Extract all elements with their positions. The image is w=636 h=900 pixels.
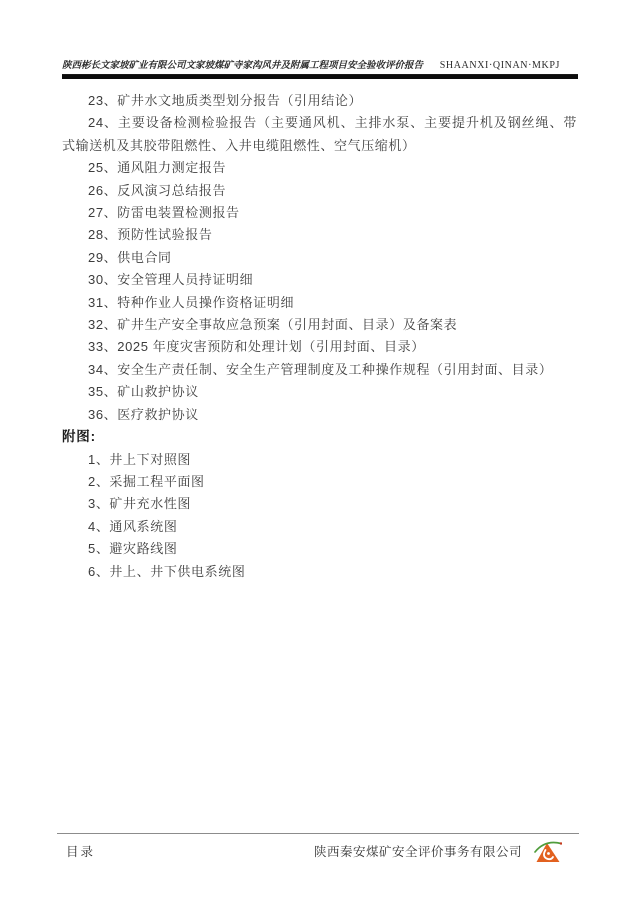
company-logo-icon — [534, 838, 562, 864]
page-footer: 目录 陕西秦安煤矿安全评价事务有限公司 — [57, 833, 579, 864]
appendix-item-4: 4、通风系统图 — [62, 516, 577, 538]
toc-item-23: 23、矿井水文地质类型划分报告（引用结论） — [62, 90, 577, 112]
toc-item-35: 35、矿山救护协议 — [62, 381, 577, 403]
footer-company-name: 陕西秦安煤矿安全评价事务有限公司 — [314, 842, 522, 860]
toc-item-29: 29、供电合同 — [62, 247, 577, 269]
header-report-title: 陕西彬长文家坡矿业有限公司文家坡煤矿寺家沟风井及附属工程项目安全验收评价报告 — [62, 57, 423, 71]
toc-content: 23、矿井水文地质类型划分报告（引用结论） 24、主要设备检测检验报告（主要通风… — [62, 90, 577, 583]
appendix-item-3: 3、矿井充水性图 — [62, 493, 577, 515]
toc-item-31: 31、特种作业人员操作资格证明细 — [62, 292, 577, 314]
document-page: 陕西彬长文家坡矿业有限公司文家坡煤矿寺家沟风井及附属工程项目安全验收评价报告 S… — [0, 0, 636, 900]
toc-item-26: 26、反风演习总结报告 — [62, 180, 577, 202]
footer-row: 目录 陕西秦安煤矿安全评价事务有限公司 — [57, 834, 579, 864]
header-row: 陕西彬长文家坡矿业有限公司文家坡煤矿寺家沟风井及附属工程项目安全验收评价报告 S… — [62, 57, 578, 71]
header-brand-text: SHAANXI·QINAN·MKPJ — [440, 60, 560, 71]
toc-item-28: 28、预防性试验报告 — [62, 224, 577, 246]
toc-item-24: 24、主要设备检测检验报告（主要通风机、主排水泵、主要提升机及钢丝绳、带式输送机… — [62, 112, 577, 157]
appendix-item-1: 1、井上下对照图 — [62, 449, 577, 471]
footer-section-label: 目录 — [66, 842, 95, 860]
toc-item-32: 32、矿井生产安全事故应急预案（引用封面、目录）及备案表 — [62, 314, 577, 336]
page-header: 陕西彬长文家坡矿业有限公司文家坡煤矿寺家沟风井及附属工程项目安全验收评价报告 S… — [62, 57, 578, 79]
toc-item-30: 30、安全管理人员持证明细 — [62, 269, 577, 291]
appendix-item-2: 2、采掘工程平面图 — [62, 471, 577, 493]
footer-company-block: 陕西秦安煤矿安全评价事务有限公司 — [314, 838, 579, 864]
header-rule — [62, 74, 578, 79]
toc-item-25: 25、通风阻力测定报告 — [62, 157, 577, 179]
toc-item-33: 33、2025 年度灾害预防和处理计划（引用封面、目录） — [62, 336, 577, 358]
toc-item-36: 36、医疗救护协议 — [62, 404, 577, 426]
appendix-item-5: 5、避灾路线图 — [62, 538, 577, 560]
appendix-heading: 附图: — [62, 426, 577, 448]
toc-item-27: 27、防雷电装置检测报告 — [62, 202, 577, 224]
appendix-item-6: 6、井上、井下供电系统图 — [62, 561, 577, 583]
toc-item-34: 34、安全生产责任制、安全生产管理制度及工种操作规程（引用封面、目录） — [62, 359, 577, 381]
